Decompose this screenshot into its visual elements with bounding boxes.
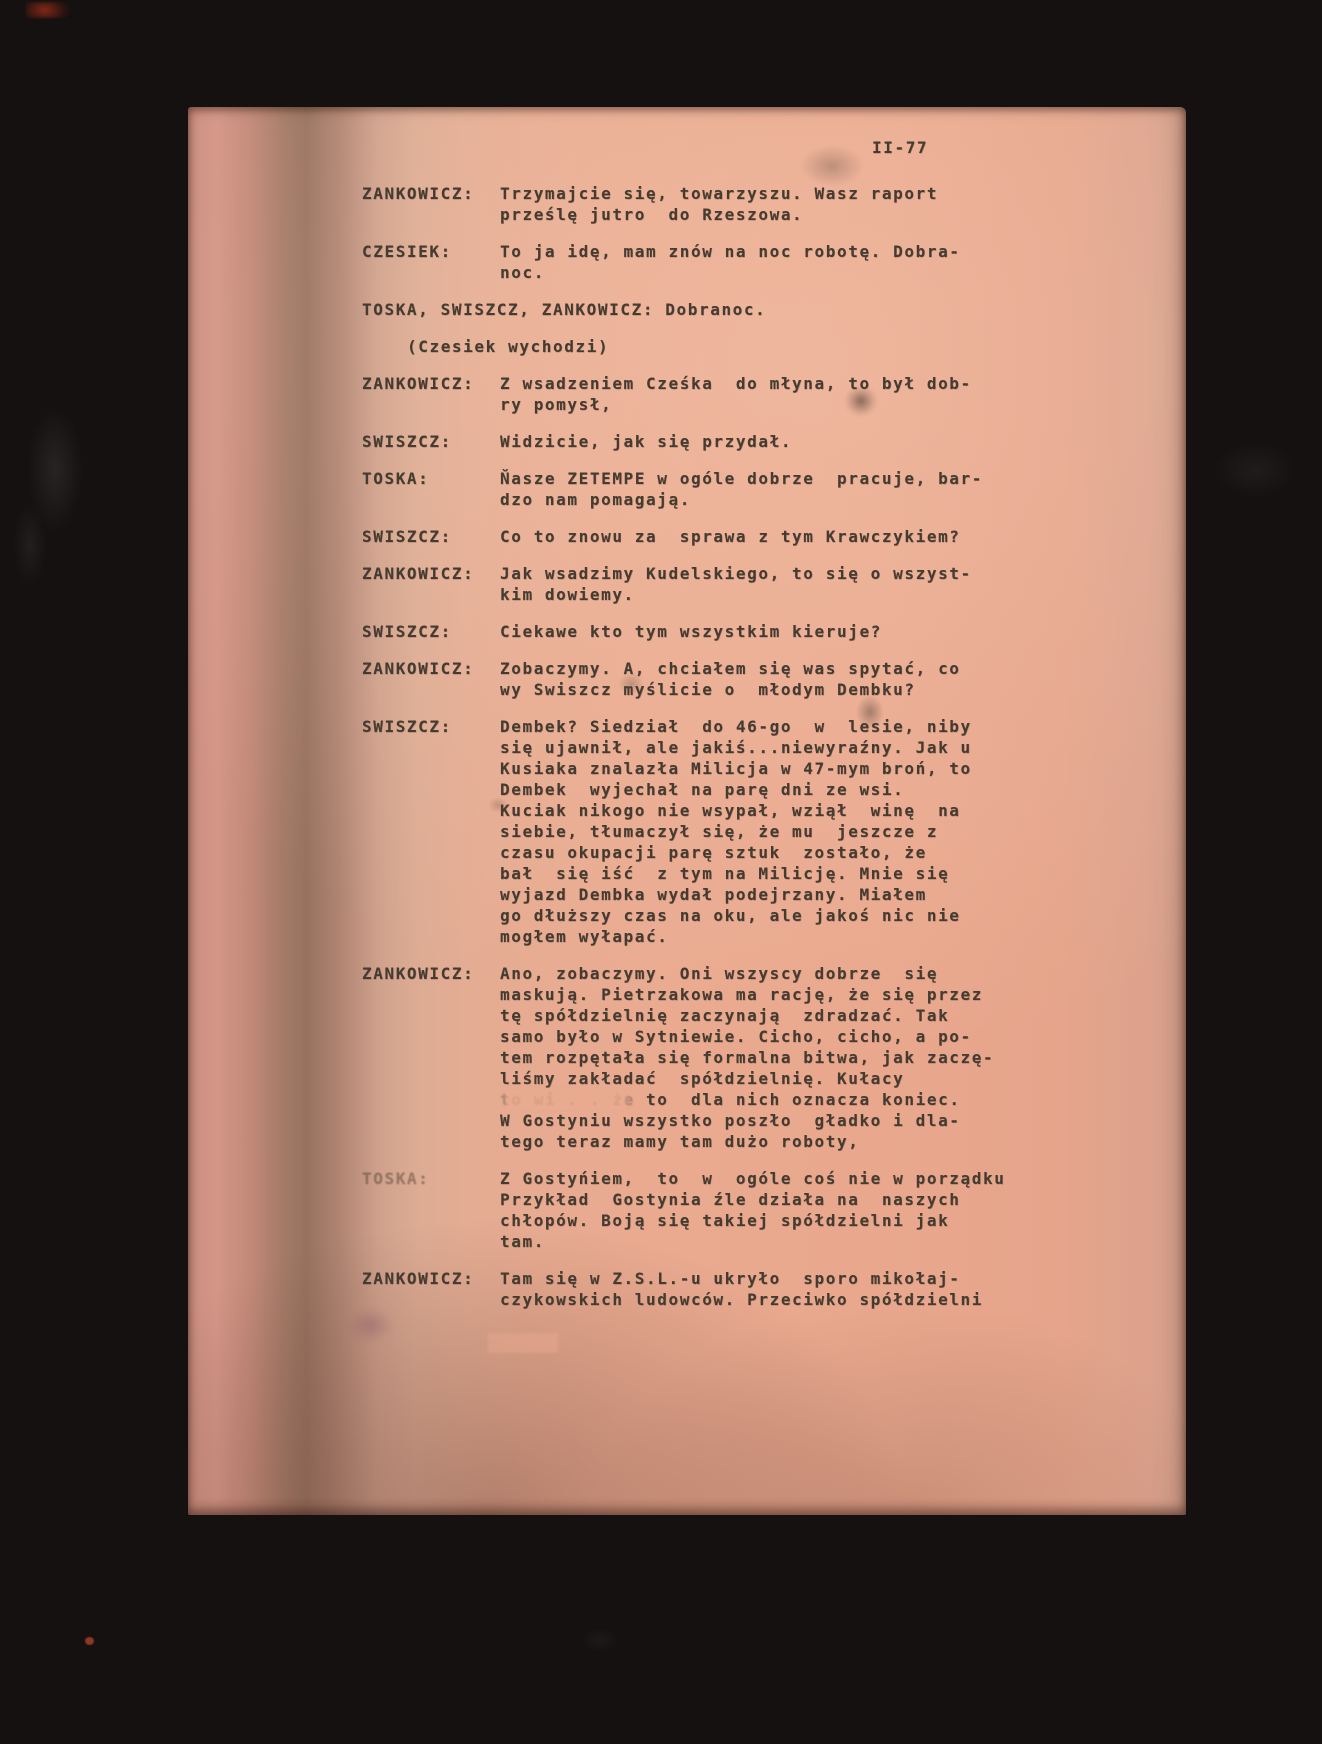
dialogue-entry: ZANKOWICZ: Trzymajcie się, towarzyszu. W… (362, 183, 1172, 225)
speaker-name: TOSKA: (362, 1168, 500, 1252)
faded-text-patch (488, 1333, 558, 1353)
dialogue-line: kim dowiemy. (500, 584, 972, 605)
dialogue-entry: TOSKA: Ňasze ZETEMPE w ogóle dobrze prac… (362, 468, 1172, 510)
speaker-name: TOSKA: (362, 468, 500, 510)
dialogue-line: Przykład Gostynia źle działa na naszych (500, 1189, 1005, 1210)
dialogue-entry: ZANKOWICZ: Z wsadzeniem Cześka do młyna,… (362, 373, 1172, 415)
dialogue-entry: ZANKOWICZ: Ano, zobaczymy. Oni wszyscy d… (362, 963, 1172, 1152)
dialogue-line: Co to znowu za sprawa z tym Krawczykiem? (500, 526, 961, 547)
dialogue-line: Widzicie, jak się przydał. (500, 431, 792, 452)
dialogue-line: To ja idę, mam znów na noc robotę. Dobra… (500, 241, 961, 262)
dialogue-line: Kusiaka znalazła Milicja w 47-mym broń, … (500, 758, 972, 779)
dialogue-line: Tam się w Z.S.L.-u ukryło sporo mikołaj- (500, 1268, 983, 1289)
speaker-name: ZANKOWICZ: (362, 1268, 500, 1310)
dialogue-line: samo było w Sytniewie. Cicho, cicho, a p… (500, 1026, 994, 1047)
dialogue-line: (Czesiek wychodzi) (407, 336, 609, 357)
dialogue-entry: TOSKA: Z Gostyńiem, to w ogóle coś nie w… (362, 1168, 1172, 1252)
speaker-name: ZANKOWICZ: (362, 963, 500, 1152)
speaker-name: SWISZCZ: (362, 526, 500, 547)
dialogue-content: ZANKOWICZ: Trzymajcie się, towarzyszu. W… (362, 183, 1172, 1326)
dialogue-line: go dłuższy czas na oku, ale jakoś nic ni… (500, 905, 972, 926)
dialogue-entry: SWISZCZ: Co to znowu za sprawa z tym Kra… (362, 526, 1172, 547)
dialogue-entry: SWISZCZ: Ciekawe kto tym wszystkim kieru… (362, 621, 1172, 642)
dialogue-line: Dembek wyjechał na parę dni ze wsi. (500, 779, 972, 800)
speaker-name: ZANKOWICZ: (362, 183, 500, 225)
dialogue-line: Jak wsadzimy Kudelskiego, to się o wszys… (500, 563, 972, 584)
dialogue-line: liśmy zakładać spółdzielnię. Kułacy (500, 1068, 994, 1089)
dialogue-lines: Ňasze ZETEMPE w ogóle dobrze pracuje, ba… (500, 468, 983, 510)
scanned-script-page: { "document": { "page_number": "II-77", … (0, 0, 1322, 1744)
dialogue-lines: Trzymajcie się, towarzyszu. Wasz raportp… (500, 183, 938, 225)
dialogue-lines: (Czesiek wychodzi) (362, 336, 609, 357)
dialogue-lines: TOSKA, SWISZCZ, ZANKOWICZ: Dobranoc. (362, 299, 766, 320)
dialogue-line: tego teraz mamy tam dużo roboty, (500, 1131, 994, 1152)
dialogue-line: W Gostyniu wszystko poszło gładko i dla- (500, 1110, 994, 1131)
speaker-name: ZANKOWICZ: (362, 563, 500, 605)
dialogue-line: się ujawnił, ale jakiś...niewyraźny. Jak… (500, 737, 972, 758)
dialogue-entry: CZESIEK: To ja idę, mam znów na noc robo… (362, 241, 1172, 283)
speaker-name: SWISZCZ: (362, 716, 500, 947)
dialogue-line: ry pomysł, (500, 394, 972, 415)
dialogue-lines: Jak wsadzimy Kudelskiego, to się o wszys… (500, 563, 972, 605)
dialogue-line: Ňasze ZETEMPE w ogóle dobrze pracuje, ba… (500, 468, 983, 489)
dialogue-lines: Ano, zobaczymy. Oni wszyscy dobrze sięma… (500, 963, 994, 1152)
dialogue-entry: SWISZCZ: Widzicie, jak się przydał. (362, 431, 1172, 452)
dialogue-line: noc. (500, 262, 961, 283)
dialogue-line: Ciekawe kto tym wszystkim kieruje? (500, 621, 882, 642)
dialogue-lines: Zobaczymy. A, chciałem się was spytać, c… (500, 658, 961, 700)
red-speck (85, 1637, 94, 1645)
dialogue-lines: Dembek? Siedział do 46-go w lesie, nibys… (500, 716, 972, 947)
dialogue-line: Dembek? Siedział do 46-go w lesie, niby (500, 716, 972, 737)
dialogue-line: siebie, tłumaczył się, że mu jeszcze z (500, 821, 972, 842)
dialogue-line: prześlę jutro do Rzeszowa. (500, 204, 938, 225)
dialogue-line: TOSKA, SWISZCZ, ZANKOWICZ: Dobranoc. (362, 299, 766, 320)
dialogue-lines: Ciekawe kto tym wszystkim kieruje? (500, 621, 882, 642)
dialogue-line: to wi . . że to dla nich oznacza koniec. (500, 1089, 994, 1110)
dialogue-line: Z wsadzeniem Cześka do młyna, to był dob… (500, 373, 972, 394)
dialogue-line: bał się iść z tym na Milicję. Mnie się (500, 863, 972, 884)
typescript-page: II-77 ZANKOWICZ: Trzymajcie się, towarzy… (188, 107, 1186, 1515)
ink-smudge-stain (800, 145, 864, 187)
red-corner-mark (26, 2, 72, 18)
dialogue-line: maskują. Pietrzakowa ma rację, że się pr… (500, 984, 994, 1005)
dialogue-lines: Z Gostyńiem, to w ogóle coś nie w porząd… (500, 1168, 1005, 1252)
speaker-name: SWISZCZ: (362, 431, 500, 452)
dialogue-line: wy Swiszcz myślicie o młodym Dembku? (500, 679, 961, 700)
dialogue-lines: Tam się w Z.S.L.-u ukryło sporo mikołaj-… (500, 1268, 983, 1310)
dialogue-line: dzo nam pomagają. (500, 489, 983, 510)
dialogue-entry: SWISZCZ: Dembek? Siedział do 46-go w les… (362, 716, 1172, 947)
dialogue-line: Ano, zobaczymy. Oni wszyscy dobrze się (500, 963, 994, 984)
dialogue-entry: (Czesiek wychodzi) (362, 336, 1172, 357)
dialogue-line: Zobaczymy. A, chciałem się was spytać, c… (500, 658, 961, 679)
speaker-name: CZESIEK: (362, 241, 500, 283)
dialogue-line: Z Gostyńiem, to w ogóle coś nie w porząd… (500, 1168, 1005, 1189)
dialogue-entry: ZANKOWICZ: Jak wsadzimy Kudelskiego, to … (362, 563, 1172, 605)
speaker-name: ZANKOWICZ: (362, 373, 500, 415)
dialogue-entry: ZANKOWICZ: Tam się w Z.S.L.-u ukryło spo… (362, 1268, 1172, 1310)
dialogue-lines: Z wsadzeniem Cześka do młyna, to był dob… (500, 373, 972, 415)
dialogue-line: tam. (500, 1231, 1005, 1252)
dialogue-line: mogłem wyłapać. (500, 926, 972, 947)
dialogue-line: wyjazd Dembka wydał podejrzany. Miałem (500, 884, 972, 905)
dialogue-line: tę spółdzielnię zaczynają zdradzać. Tak (500, 1005, 994, 1026)
dialogue-line: tem rozpętała się formalna bitwa, jak za… (500, 1047, 994, 1068)
dialogue-lines: Widzicie, jak się przydał. (500, 431, 792, 452)
dialogue-entry: TOSKA, SWISZCZ, ZANKOWICZ: Dobranoc. (362, 299, 1172, 320)
dialogue-line: chłopów. Boją się takiej spółdzielni jak (500, 1210, 1005, 1231)
speaker-name: SWISZCZ: (362, 621, 500, 642)
dialogue-line: Trzymajcie się, towarzyszu. Wasz raport (500, 183, 938, 204)
speaker-name: ZANKOWICZ: (362, 658, 500, 700)
dialogue-lines: To ja idę, mam znów na noc robotę. Dobra… (500, 241, 961, 283)
dialogue-line: czykowskich ludowców. Przeciwko spółdzie… (500, 1289, 983, 1310)
dialogue-line: czasu okupacji parę sztuk zostało, że (500, 842, 972, 863)
dialogue-lines: Co to znowu za sprawa z tym Krawczykiem? (500, 526, 961, 547)
page-number: II-77 (872, 137, 928, 158)
dialogue-entry: ZANKOWICZ: Zobaczymy. A, chciałem się wa… (362, 658, 1172, 700)
dialogue-line: Kuciak nikogo nie wsypał, wziął winę na (500, 800, 972, 821)
